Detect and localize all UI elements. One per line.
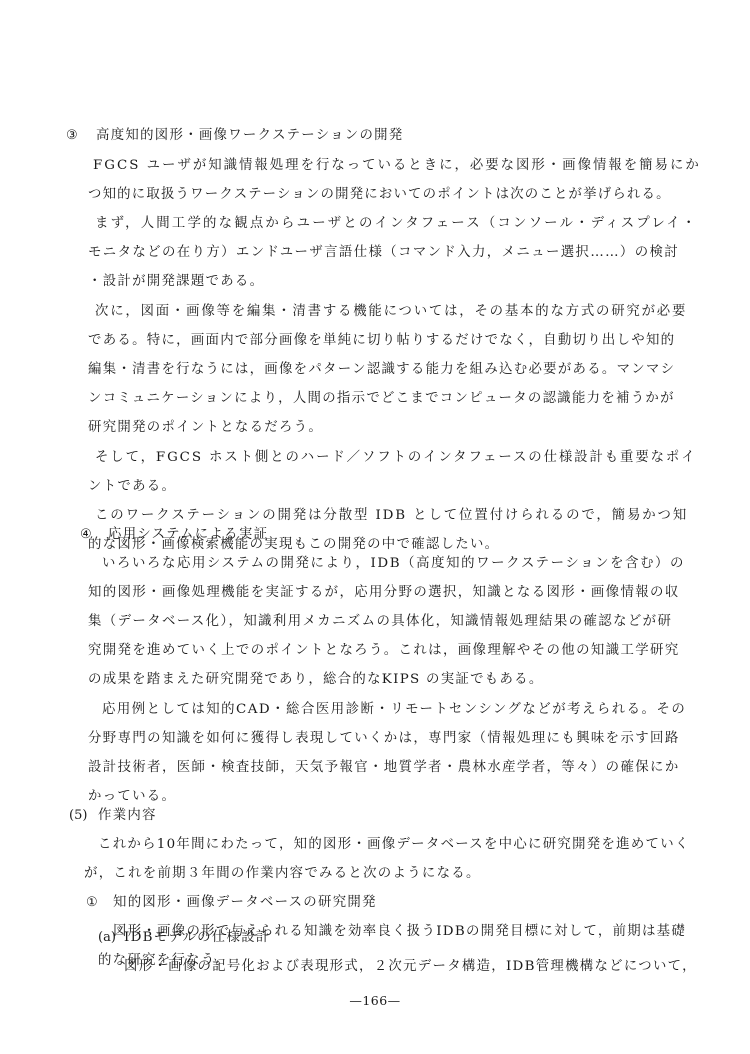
section-marker: ③ <box>66 128 78 144</box>
section-heading: IDBモデルの仕様設計 <box>124 930 271 946</box>
paragraph-line: 編集・清書を行なうには，画像をパターン認識する能力を組み込む必要がある。マンマシ <box>88 362 675 378</box>
paragraph-line: 究開発を進めていく上でのポイントとなろう。これは，画像理解やその他の知識工学研究 <box>88 643 680 659</box>
paragraph-line: 設計技術者，医師・検査技師，天気予報官・地質学者・農林水産学者，等々）の確保にか <box>88 760 680 776</box>
section-heading: 高度知的図形・画像ワークステーションの開発 <box>96 128 404 144</box>
paragraph-line: FGCS ユーザが知識情報処理を行なっているときに，必要な図形・画像情報を簡易に… <box>93 158 701 174</box>
paragraph-line: ンコミュニケーションにより，人間の指示でどこまでコンピュータの認識能力を補うかが <box>88 391 675 407</box>
paragraph-line: ントである。 <box>88 479 176 495</box>
paragraph-line: 図形・画像の記号化および表現形式，２次元データ構造，IDB管理機構などについて， <box>124 959 697 975</box>
paragraph-line: 次に，図面・画像等を編集・清書する機能については，その基本的な方式の研究が必要 <box>95 304 687 320</box>
paragraph-line: 研究開発のポイントとなるだろう。 <box>88 420 323 436</box>
paragraph-line: モニタなどの在り方）エンドユーザ言語仕様（コマンド入力，メニュー選択……）の検討 <box>88 245 679 261</box>
paragraph-line: ・設計が開発課題である。 <box>88 274 264 290</box>
section-heading: 知的図形・画像データベースの研究開発 <box>113 895 377 911</box>
paragraph-line: まず，人間工学的な観点からユーザとのインタフェース（コンソール・ディスプレイ・ <box>95 216 698 232</box>
section-heading: 応用システムによる実証 <box>108 527 268 543</box>
paragraph-line: 集（データベース化），知識利用メカニズムの具体化，知識情報処理結果の確認などが研 <box>88 614 672 630</box>
paragraph-line: 知的図形・画像処理機能を実証するが，応用分野の選択，知識となる図形・画像情報の収 <box>88 585 680 601</box>
section-marker: ④ <box>80 527 92 543</box>
paragraph-line: の成果を踏まえた研究開発であり，総合的なKIPS の実証でもある。 <box>88 672 544 688</box>
paragraph-line: このワークステーションの開発は分散型 IDB として位置付けられるので，簡易かつ… <box>95 508 688 524</box>
paragraph-line: つ知的に取扱うワークステーションの開発においてのポイントは次のことが挙げられる。 <box>88 187 671 203</box>
page-number: —166— <box>0 993 750 1008</box>
section-marker: (5) <box>69 808 87 824</box>
paragraph-line: いろいろな応用システムの開発により，IDB（高度知的ワークステーションを含む）の <box>102 556 685 572</box>
paragraph-line: 分野専門の知識を如何に獲得し表現していくかは，専門家（情報処理にも興味を示す回路 <box>88 731 680 747</box>
paragraph-line: これから10年間にわたって，知的図形・画像データベースを中心に研究開発を進めてい… <box>98 837 690 853</box>
paragraph-line: そして，FGCS ホスト側とのハード／ソフトのインタフェースの仕様設計も重要なポ… <box>95 450 696 466</box>
section-marker: ① <box>86 895 98 911</box>
paragraph-line: 応用例としては知的CAD・総合医用診断・リモートセンシングなどが考えられる。その <box>102 702 686 718</box>
paragraph-line: かっている。 <box>88 789 176 805</box>
section-heading: 作業内容 <box>98 808 157 824</box>
section-marker: (a) <box>98 930 116 946</box>
paragraph-line: が，これを前期３年間の作業内容でみると次のようになる。 <box>84 866 481 882</box>
paragraph-line: である。特に，画面内で部分画像を単純に切り帖りするだけでなく，自動切り出しや知的 <box>88 333 675 349</box>
